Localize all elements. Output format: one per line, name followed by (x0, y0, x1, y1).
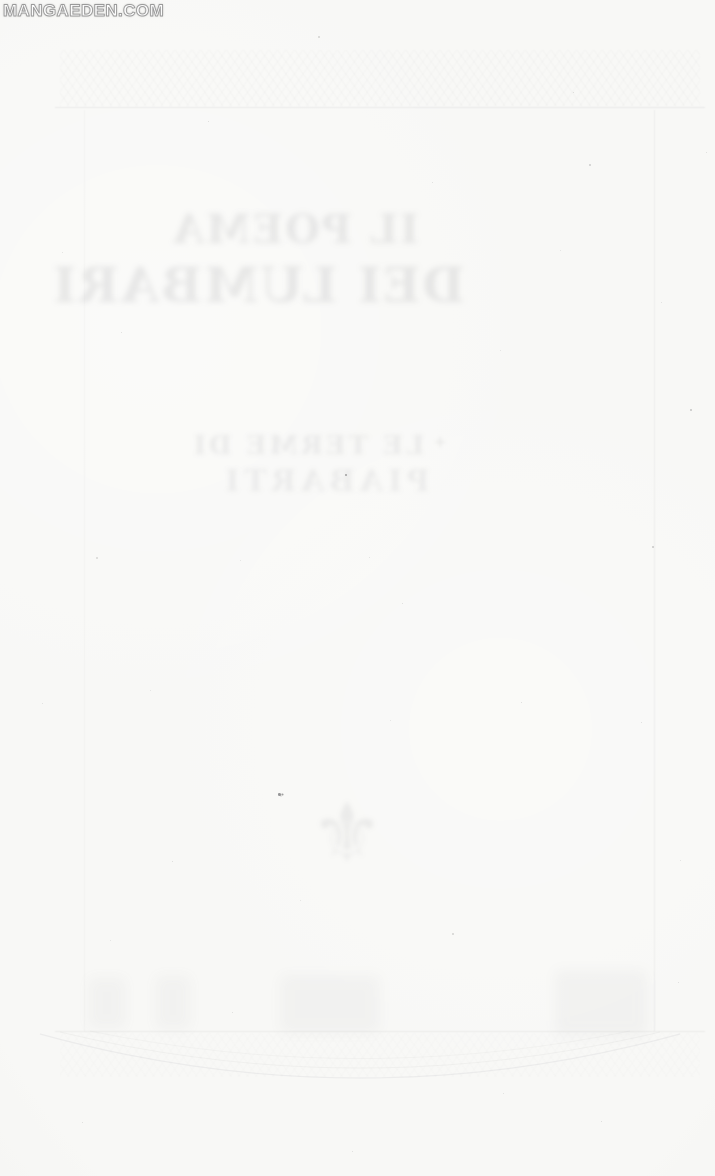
paper-speck (121, 332, 122, 333)
paper-speck (352, 1151, 353, 1152)
bleed-footer-letter-block (88, 977, 126, 1029)
bleed-footer-letter-block (155, 975, 191, 1030)
paper-speck (402, 603, 403, 604)
paper-speck (452, 933, 454, 935)
bleed-title-line1: IL POEMA (150, 206, 440, 253)
paper-speck (300, 900, 301, 901)
paper-speck (240, 560, 241, 561)
paper-speck (390, 720, 391, 721)
paper-speck (42, 703, 43, 704)
paper-speck (62, 252, 63, 253)
paper-speck (690, 409, 692, 411)
paper-speck (661, 302, 662, 303)
paper-speck (110, 940, 111, 941)
paper-speck (318, 36, 320, 38)
paper-speck (503, 1093, 504, 1094)
ghost-border-left-line (84, 110, 85, 1031)
paper-speck (345, 474, 347, 476)
paper-speck (96, 557, 98, 559)
paper-speck (150, 690, 151, 691)
paper-speck (589, 164, 591, 166)
paper-speck (652, 546, 654, 548)
ghost-border-top-line (55, 107, 705, 108)
paper-speck (706, 152, 707, 153)
ghost-border-top-ornament (60, 50, 700, 106)
paper-speck (641, 722, 642, 723)
bleed-footer-letter-block (280, 975, 380, 1033)
bleed-cross-mark: + (430, 432, 450, 451)
bleed-subtitle-line2: PIABARTI (200, 464, 450, 499)
paper-speck (432, 182, 433, 183)
bleed-title-line2: DEI LUMBARI (135, 256, 465, 314)
paper-speck (680, 860, 681, 861)
paper-speck (573, 92, 574, 93)
paper-speck (521, 702, 522, 703)
ink-speck (278, 792, 285, 797)
paper-speck (560, 250, 561, 251)
ghost-border-right-line (654, 110, 655, 1031)
paper-speck (172, 861, 173, 862)
paper-speck (208, 121, 209, 122)
paper-speck (82, 1122, 83, 1123)
ghost-border-bottom-ornament (60, 1033, 700, 1077)
bleed-footer-letter-block (555, 970, 647, 1036)
bleed-subtitle-line1: LE TERME DI (185, 431, 430, 461)
manga-page-image[interactable]: IL POEMA DEI LUMBARI + LE TERME DI PIABA… (0, 0, 715, 1176)
paper-speck (500, 350, 501, 351)
paper-speck (369, 557, 370, 558)
paper-speck (601, 1121, 602, 1122)
site-watermark: MANGAEDEN.COM (3, 1, 164, 21)
paper-speck (678, 982, 679, 983)
publisher-emblem-icon: ⚜ (302, 786, 392, 882)
paper-speck (232, 1012, 233, 1013)
manga-reader-viewport: IL POEMA DEI LUMBARI + LE TERME DI PIABA… (0, 0, 715, 1176)
